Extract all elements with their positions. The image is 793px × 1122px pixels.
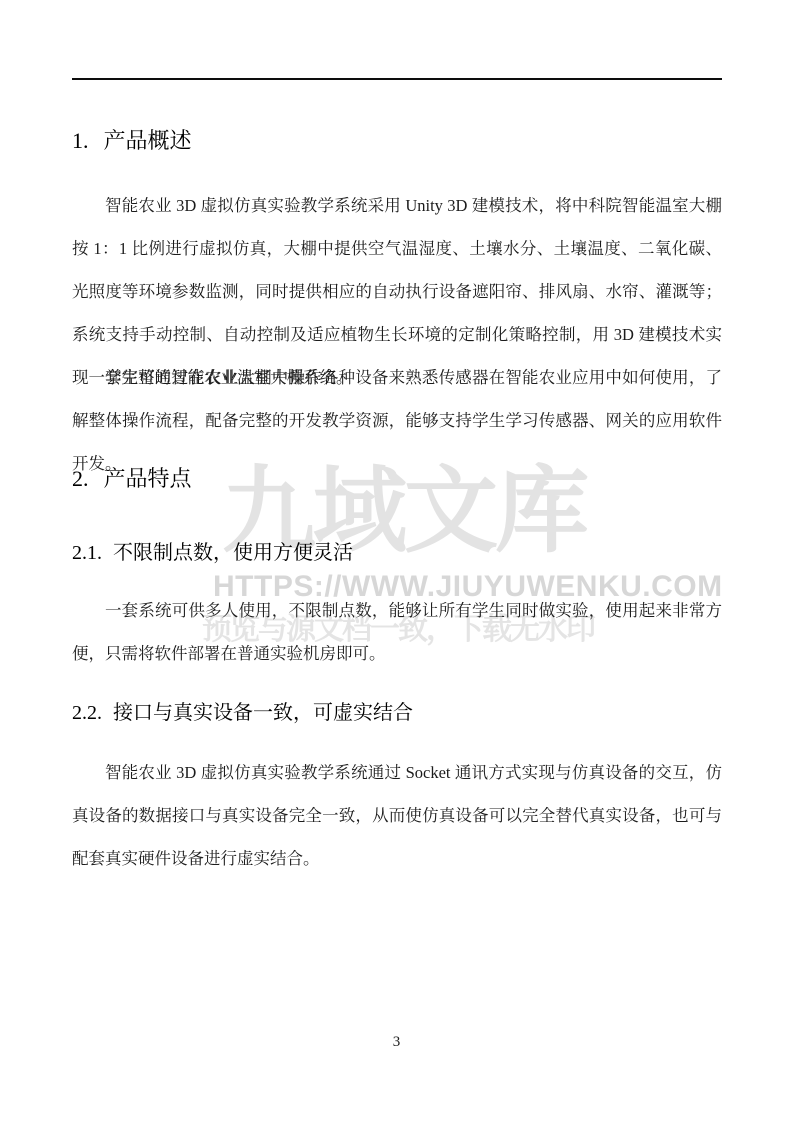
heading-title: 不限制点数，使用方便灵活 [113, 542, 353, 564]
document-page: 九域文库 HTTPS://WWW.JIUYUWENKU.COM 预览与源文档一致… [0, 0, 793, 1122]
paragraph-unlimited-seats: 一套系统可供多人使用，不限制点数，能够让所有学生同时做实验，使用起来非常方便，只… [72, 589, 722, 675]
heading-title: 产品概述 [104, 128, 192, 153]
section-heading-product-overview: 1.产品概述 [72, 124, 722, 158]
section-heading-product-features: 2.产品特点 [72, 462, 722, 496]
page-number: 3 [0, 1034, 793, 1051]
heading-number: 2.2. [72, 702, 102, 724]
paragraph-interface-consistency: 智能农业 3D 虚拟仿真实验教学系统通过 Socket 通讯方式实现与仿真设备的… [72, 751, 722, 880]
heading-title: 接口与真实设备一致，可虚实结合 [113, 702, 413, 724]
header-rule [72, 78, 722, 80]
heading-number: 2. [72, 466, 89, 491]
subsection-heading-interface-consistency: 2.2.接口与真实设备一致，可虚实结合 [72, 696, 722, 730]
heading-number: 2.1. [72, 542, 102, 564]
subsection-heading-unlimited-seats: 2.1.不限制点数，使用方便灵活 [72, 536, 722, 570]
heading-title: 产品特点 [104, 466, 192, 491]
heading-number: 1. [72, 128, 89, 153]
